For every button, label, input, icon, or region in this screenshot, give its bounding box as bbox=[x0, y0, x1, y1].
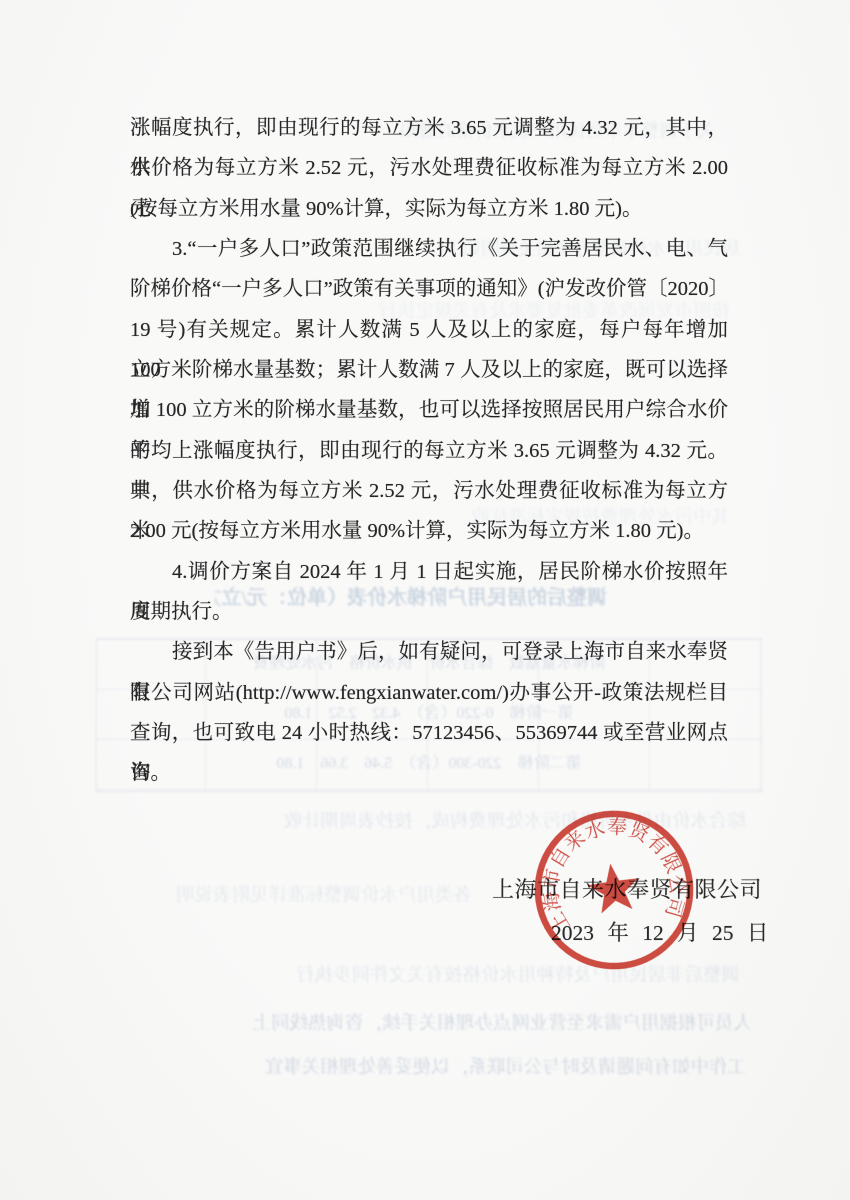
notice-body: 涨幅度执行，即由现行的每立方米 3.65 元调整为 4.32 元，其中，供 水价… bbox=[130, 108, 728, 794]
seal-star-icon bbox=[585, 860, 642, 915]
body-line: 平均上涨幅度执行，即由现行的每立方米 3.65 元调整为 4.32 元。其 bbox=[130, 431, 728, 471]
body-line: 2.00 元(按每立方米用水量 90%计算，实际为每立方米 1.80 元)。 bbox=[130, 511, 728, 551]
scanned-document-page: 关于调整本市居民用户供水价格的通知 居民用户水价调整方案相关说明如下 按照市发展… bbox=[0, 0, 850, 1200]
body-line: 3.“一户多人口”政策范围继续执行《关于完善居民水、电、气 bbox=[130, 229, 728, 269]
seal-graphic: 上海市自来水奉贤有限公司 bbox=[518, 794, 710, 986]
body-line: 中，供水价格为每立方米 2.52 元，污水处理费征收标准为每立方米 bbox=[130, 471, 728, 511]
company-seal-stamp: 上海市自来水奉贤有限公司 bbox=[518, 794, 710, 986]
body-line: 涨幅度执行，即由现行的每立方米 3.65 元调整为 4.32 元，其中，供 bbox=[130, 108, 728, 148]
body-line: (按每立方米用水量 90%计算，实际为每立方米 1.80 元)。 bbox=[130, 189, 728, 229]
bleedthrough-line: 各类用户水价调整标准详见附表说明 bbox=[92, 884, 472, 908]
bleedthrough-line: 人员可根据用户需求至营业网点办理相关手续，咨询热线同上 bbox=[140, 1012, 752, 1036]
body-line: 水价格为每立方米 2.52 元，污水处理费征收标准为每立方米 2.00 元 bbox=[130, 148, 728, 188]
body-line: 限公司网站(http://www.fengxianwater.com/)办事公开… bbox=[130, 673, 728, 713]
body-line: 加 100 立方米的阶梯水量基数，也可以选择按照居民用户综合水价的 bbox=[130, 390, 728, 430]
body-line: 接到本《告用户书》后，如有疑问，可登录上海市自来水奉贤有 bbox=[130, 632, 728, 672]
body-line: 4.调价方案自 2024 年 1 月 1 日起实施，居民阶梯水价按照年度 bbox=[130, 552, 728, 592]
body-line: 19 号)有关规定。累计人数满 5 人及以上的家庭，每户每年增加 100 bbox=[130, 310, 728, 350]
body-line: 周期执行。 bbox=[130, 592, 728, 632]
body-line: 查询，也可致电 24 小时热线：57123456、55369744 或至营业网点… bbox=[130, 713, 728, 753]
body-line: 立方米阶梯水量基数；累计人数满 7 人及以上的家庭，既可以选择增 bbox=[130, 350, 728, 390]
body-line: 阶梯价格“一户多人口”政策有关事项的通知》(沪发改价管〔2020〕 bbox=[130, 269, 728, 309]
body-line: 询。 bbox=[130, 753, 728, 793]
bleedthrough-line: 工作中如有问题请及时与公司联系，以便妥善处理相关事宜 bbox=[106, 1056, 746, 1080]
